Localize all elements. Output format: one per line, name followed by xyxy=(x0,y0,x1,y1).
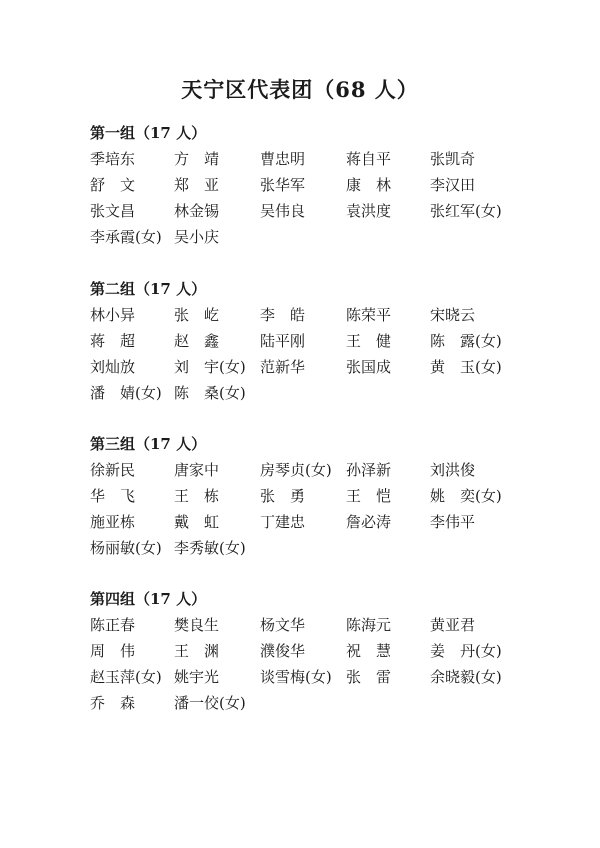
member-name: 戴 虹 xyxy=(174,509,219,535)
member-name: 张红军(女) xyxy=(430,198,502,224)
member-name: 谈雪梅(女) xyxy=(260,664,332,690)
member-name: 赵 鑫 xyxy=(174,328,219,354)
name-row: 陈正春 樊良生 杨文华 陈海元 黄亚君 xyxy=(90,612,530,638)
member-name: 陈 露(女) xyxy=(430,328,502,354)
member-name: 孙泽新 xyxy=(346,457,391,483)
group-1: 第一组（17 人） 季培东 方 靖 曹忠明 蒋自平 张凯奇 舒 文 郑 亚 张华… xyxy=(90,120,530,250)
member-name: 李承霞(女) xyxy=(90,224,162,250)
member-name: 潘 婧(女) xyxy=(90,380,162,406)
group-heading: 第四组（17 人） xyxy=(90,586,530,612)
group-heading: 第二组（17 人） xyxy=(90,276,530,302)
member-name: 姜 丹(女) xyxy=(430,638,502,664)
group-heading: 第一组（17 人） xyxy=(90,120,530,146)
member-name: 王 渊 xyxy=(174,638,219,664)
member-name: 李 皓 xyxy=(260,302,305,328)
member-name: 郑 亚 xyxy=(174,172,219,198)
name-row: 华 飞 王 栋 张 勇 王 恺 姚 奕(女) xyxy=(90,483,530,509)
member-name: 舒 文 xyxy=(90,172,135,198)
member-name: 赵玉萍(女) xyxy=(90,664,162,690)
member-name: 宋晓云 xyxy=(430,302,475,328)
member-name: 陆平刚 xyxy=(260,328,305,354)
member-name: 方 靖 xyxy=(174,146,219,172)
name-row: 乔 森 潘一佼(女) xyxy=(90,690,530,716)
name-row: 周 伟 王 渊 濮俊华 祝 慧 姜 丹(女) xyxy=(90,638,530,664)
member-name: 杨文华 xyxy=(260,612,305,638)
member-name: 李汉田 xyxy=(430,172,475,198)
member-name: 徐新民 xyxy=(90,457,135,483)
member-name: 陈 桑(女) xyxy=(174,380,246,406)
member-name: 施亚栋 xyxy=(90,509,135,535)
name-row: 潘 婧(女) 陈 桑(女) xyxy=(90,380,530,406)
group-2: 第二组（17 人） 林小异 张 屹 李 皓 陈荣平 宋晓云 蒋 超 赵 鑫 陆平… xyxy=(90,276,530,406)
member-name: 蒋 超 xyxy=(90,328,135,354)
name-row: 徐新民 唐家中 房琴贞(女) 孙泽新 刘洪俊 xyxy=(90,457,530,483)
member-name: 林金锡 xyxy=(174,198,219,224)
member-name: 华 飞 xyxy=(90,483,135,509)
member-name: 张凯奇 xyxy=(430,146,475,172)
group-3: 第三组（17 人） 徐新民 唐家中 房琴贞(女) 孙泽新 刘洪俊 华 飞 王 栋… xyxy=(90,431,530,561)
member-name: 康 林 xyxy=(346,172,391,198)
member-name: 樊良生 xyxy=(174,612,219,638)
member-name: 林小异 xyxy=(90,302,135,328)
member-name: 季培东 xyxy=(90,146,135,172)
member-name: 袁洪度 xyxy=(346,198,391,224)
name-row: 舒 文 郑 亚 张华军 康 林 李汉田 xyxy=(90,172,530,198)
member-name: 王 栋 xyxy=(174,483,219,509)
name-row: 施亚栋 戴 虹 丁建忠 詹必涛 李伟平 xyxy=(90,509,530,535)
name-row: 张文昌 林金锡 吴伟良 袁洪度 张红军(女) xyxy=(90,198,530,224)
member-name: 陈海元 xyxy=(346,612,391,638)
group-heading: 第三组（17 人） xyxy=(90,431,530,457)
member-name: 蒋自平 xyxy=(346,146,391,172)
group-4: 第四组（17 人） 陈正春 樊良生 杨文华 陈海元 黄亚君 周 伟 王 渊 濮俊… xyxy=(90,586,530,716)
member-name: 黄 玉(女) xyxy=(430,354,502,380)
member-name: 濮俊华 xyxy=(260,638,305,664)
member-name: 张 勇 xyxy=(260,483,305,509)
name-row: 蒋 超 赵 鑫 陆平刚 王 健 陈 露(女) xyxy=(90,328,530,354)
member-name: 李伟平 xyxy=(430,509,475,535)
member-name: 曹忠明 xyxy=(260,146,305,172)
member-name: 吴伟良 xyxy=(260,198,305,224)
member-name: 房琴贞(女) xyxy=(260,457,332,483)
member-name: 刘洪俊 xyxy=(430,457,475,483)
name-row: 杨丽敏(女) 李秀敏(女) xyxy=(90,535,530,561)
member-name: 张 雷 xyxy=(346,664,391,690)
member-name: 王 恺 xyxy=(346,483,391,509)
name-row: 李承霞(女) 吴小庆 xyxy=(90,224,530,250)
member-name: 陈荣平 xyxy=(346,302,391,328)
name-row: 赵玉萍(女) 姚宇光 谈雪梅(女) 张 雷 余晓毅(女) xyxy=(90,664,530,690)
member-name: 唐家中 xyxy=(174,457,219,483)
member-name: 杨丽敏(女) xyxy=(90,535,162,561)
member-name: 丁建忠 xyxy=(260,509,305,535)
name-row: 季培东 方 靖 曹忠明 蒋自平 张凯奇 xyxy=(90,146,530,172)
member-name: 詹必涛 xyxy=(346,509,391,535)
name-row: 林小异 张 屹 李 皓 陈荣平 宋晓云 xyxy=(90,302,530,328)
member-name: 张华军 xyxy=(260,172,305,198)
member-name: 张文昌 xyxy=(90,198,135,224)
member-name: 吴小庆 xyxy=(174,224,219,250)
name-row: 刘灿放 刘 宇(女) 范新华 张国成 黄 玉(女) xyxy=(90,354,530,380)
member-name: 范新华 xyxy=(260,354,305,380)
member-name: 王 健 xyxy=(346,328,391,354)
member-name: 姚宇光 xyxy=(174,664,219,690)
member-name: 刘 宇(女) xyxy=(174,354,246,380)
member-name: 潘一佼(女) xyxy=(174,690,246,716)
member-name: 李秀敏(女) xyxy=(174,535,246,561)
member-name: 余晓毅(女) xyxy=(430,664,502,690)
member-name: 乔 森 xyxy=(90,690,135,716)
member-name: 姚 奕(女) xyxy=(430,483,502,509)
member-name: 祝 慧 xyxy=(346,638,391,664)
member-name: 陈正春 xyxy=(90,612,135,638)
member-name: 刘灿放 xyxy=(90,354,135,380)
page-title: 天宁区代表团（68 人） xyxy=(0,74,600,104)
member-name: 张 屹 xyxy=(174,302,219,328)
member-name: 张国成 xyxy=(346,354,391,380)
member-name: 周 伟 xyxy=(90,638,135,664)
member-name: 黄亚君 xyxy=(430,612,475,638)
